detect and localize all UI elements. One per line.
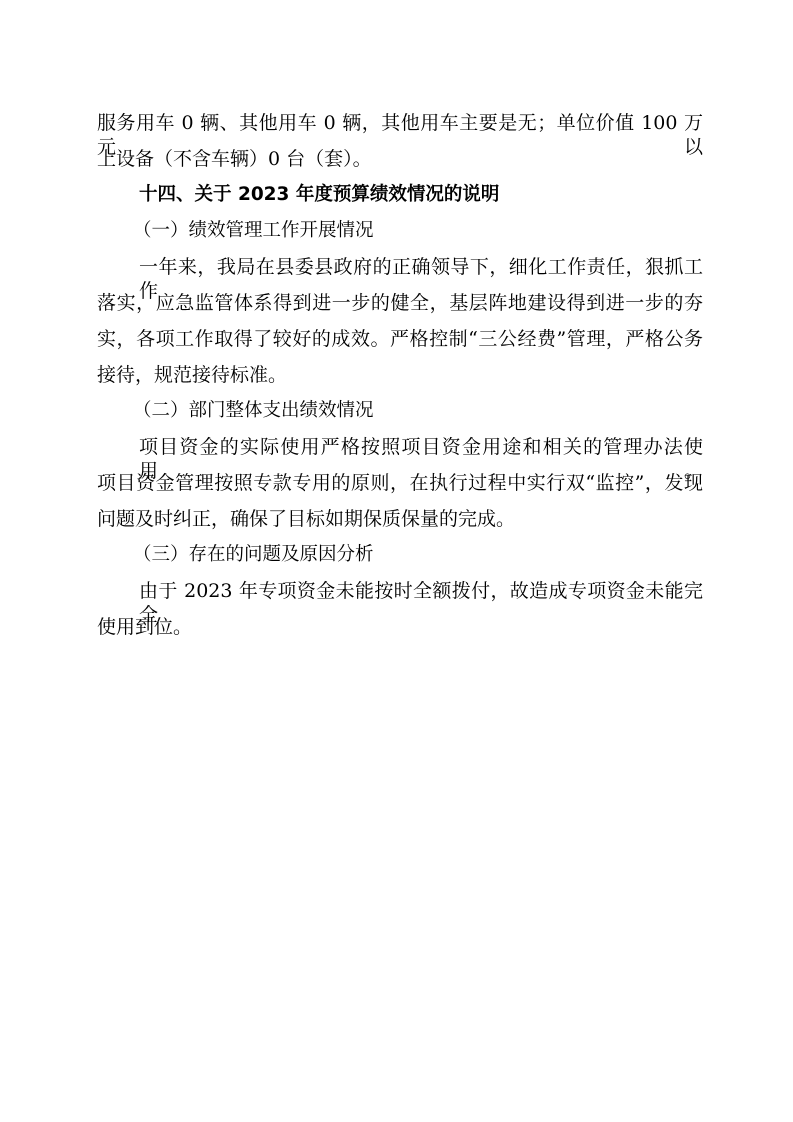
paragraph-line: 上设备（不含车辆）0 台（套）。	[97, 147, 372, 171]
paragraph-line: 问题及时纠正，确保了目标如期保质保量的完成。	[97, 507, 515, 531]
paragraph-line: 一年来，我局在县委县政府的正确领导下，细化工作责任，狠抓工作	[139, 255, 703, 279]
paragraph-line: 使用到位。	[97, 615, 192, 639]
paragraph-line: 落实，应急监管体系得到进一步的健全，基层阵地建设得到进一步的夯	[97, 291, 703, 315]
section-heading: 十四、关于 2023 年度预算绩效情况的说明	[139, 183, 499, 207]
subsection-heading-1: （一）绩效管理工作开展情况	[133, 219, 374, 243]
subsection-heading-3: （三）存在的问题及原因分析	[133, 543, 374, 567]
paragraph-line: 项目资金管理按照专款专用的原则，在执行过程中实行双“监控”，发现	[97, 471, 703, 495]
paragraph-line: 接待，规范接待标准。	[97, 363, 287, 387]
paragraph-line: 服务用车 0 辆、其他用车 0 辆，其他用车主要是无；单位价值 100 万元以	[97, 111, 703, 135]
paragraph-line: 实，各项工作取得了较好的成效。严格控制“三公经费”管理，严格公务	[97, 327, 703, 351]
paragraph-line: 由于 2023 年专项资金未能按时全额拨付，故造成专项资金未能完全	[139, 579, 703, 603]
subsection-heading-2: （二）部门整体支出绩效情况	[133, 399, 374, 423]
paragraph-line: 项目资金的实际使用严格按照项目资金用途和相关的管理办法使用。	[139, 435, 703, 459]
